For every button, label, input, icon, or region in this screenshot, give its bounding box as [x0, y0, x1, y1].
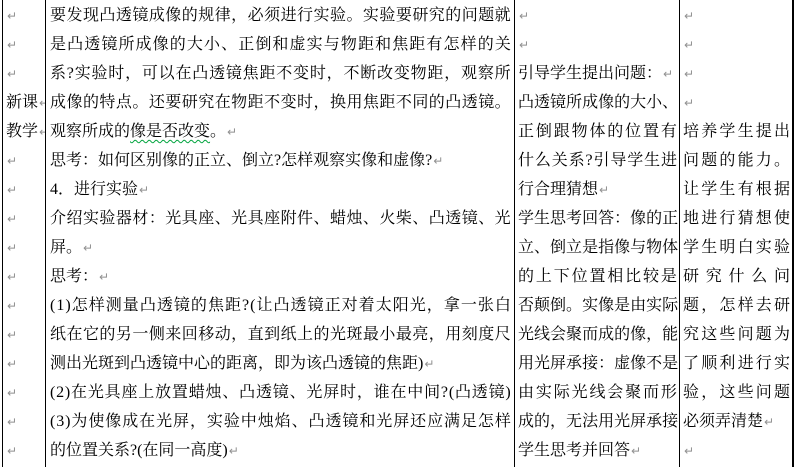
paragraph-mark-icon: ↵ — [7, 415, 17, 429]
char: 问 — [462, 1, 478, 30]
char: 会 — [550, 320, 566, 349]
teacher-guidance-line: 正倒跟物体的位置有 — [518, 117, 677, 146]
char: 件 — [297, 204, 313, 233]
char: 正 — [238, 30, 254, 59]
char: 张 — [478, 291, 494, 320]
char: 要 — [165, 88, 181, 117]
paragraph-mark-icon: ↵ — [7, 212, 17, 226]
teacher-guidance-line: 学生思考回答：像的正 — [518, 204, 677, 233]
design-intent-line: ↵ — [683, 30, 790, 59]
stage-line: ↵ — [6, 59, 45, 88]
char: 引 — [593, 146, 609, 175]
char: 规 — [198, 1, 214, 30]
paragraph-mark-icon: ↵ — [764, 415, 774, 429]
char: 问 — [774, 262, 790, 291]
char: 养 — [701, 117, 717, 146]
char: 在 — [139, 407, 155, 436]
char: 焰 — [275, 407, 291, 436]
char: 、 — [222, 378, 238, 407]
char: 而 — [582, 320, 598, 349]
paragraph-mark-icon: ↵ — [39, 125, 46, 139]
char: ( — [50, 291, 55, 320]
char: 凸 — [67, 30, 83, 59]
char: 否 — [518, 291, 534, 320]
char: 答 — [598, 204, 614, 233]
char: 为 — [71, 407, 87, 436]
char: 镜 — [226, 59, 242, 88]
char: 镜 — [174, 291, 190, 320]
char: 不 — [264, 88, 280, 117]
char: 实 — [314, 1, 330, 30]
char: 能 — [738, 146, 754, 175]
stage-line: 新课↵ — [6, 88, 45, 117]
char: 动 — [215, 320, 231, 349]
column-teaching-content: 要发现凸透镜成像的规律，必须进行实验。实验要研究的问题就是凸透镜所成像的大小、正… — [46, 0, 515, 467]
char: 蜡 — [189, 378, 205, 407]
char: 的 — [614, 320, 630, 349]
char: ： — [149, 204, 165, 233]
char: 验 — [330, 1, 346, 30]
stage-line: ↵ — [6, 291, 45, 320]
char: 成 — [149, 1, 165, 30]
char: 光 — [495, 204, 511, 233]
text-run: 的位置关系?(在同一高度) — [50, 442, 228, 459]
char: 改 — [377, 59, 393, 88]
char: 火 — [379, 204, 395, 233]
char: 力 — [756, 146, 772, 175]
char: 变 — [281, 88, 297, 117]
design-intent-line: 让学生有根据 — [683, 175, 790, 204]
char: 换 — [330, 88, 346, 117]
char: 而 — [643, 378, 659, 407]
char: 度 — [478, 320, 494, 349]
char: 还 — [149, 88, 165, 117]
stage-line: ↵ — [6, 349, 45, 378]
char: 光 — [572, 378, 588, 407]
char: 具 — [182, 204, 198, 233]
char: 这 — [701, 320, 717, 349]
char: 为 — [774, 320, 790, 349]
char: 所 — [566, 88, 582, 117]
char: 用 — [445, 320, 461, 349]
char: ( — [449, 378, 454, 407]
teacher-guidance-line: 凸透镜所成像的大小、 — [518, 88, 677, 117]
char: 实 — [75, 59, 91, 88]
stage-line: ↵ — [6, 146, 45, 175]
char: 焦 — [363, 88, 379, 117]
char: 凸 — [309, 407, 325, 436]
char: 光 — [534, 349, 550, 378]
char: 直 — [248, 320, 264, 349]
paragraph-mark-icon: ↵ — [7, 154, 17, 168]
teacher-guidance-line: 行合理猜想↵ — [518, 175, 677, 204]
char: 实 — [582, 291, 598, 320]
teacher-guidance-line: 由实际光线会聚而形 — [518, 378, 677, 407]
char: 1 — [56, 291, 64, 320]
char: 足 — [461, 407, 477, 436]
char: 介 — [50, 204, 66, 233]
char: 物 — [572, 117, 588, 146]
stage-line: ↵ — [6, 262, 45, 291]
char: 拿 — [444, 291, 460, 320]
char: 学 — [719, 117, 735, 146]
char: ， — [550, 407, 566, 436]
char: 蜡 — [330, 204, 346, 233]
char: 颠 — [534, 291, 550, 320]
char: 学 — [683, 233, 699, 262]
design-intent-line: 题，怎样去研 — [683, 291, 790, 320]
char: 小 — [646, 88, 662, 117]
char: 一 — [461, 291, 477, 320]
char: 。 — [132, 88, 148, 117]
char: 实 — [774, 349, 790, 378]
char: 焦 — [208, 291, 224, 320]
char: ， — [125, 59, 141, 88]
paragraph-mark-icon: ↵ — [684, 67, 694, 81]
char: 聚 — [566, 320, 582, 349]
char: 问 — [738, 320, 754, 349]
char: 些 — [738, 378, 754, 407]
char: 、 — [534, 233, 550, 262]
text-run: 学生思考并回答 — [518, 442, 630, 459]
char: 透 — [472, 378, 488, 407]
char: 用 — [598, 407, 614, 436]
char: 时 — [310, 59, 326, 88]
char: 凸 — [99, 1, 115, 30]
char: 考 — [566, 204, 582, 233]
char: ) — [65, 378, 70, 407]
char: 下 — [554, 262, 570, 291]
char: ? — [441, 378, 448, 407]
char: 一 — [132, 320, 148, 349]
paragraph-mark-icon: ↵ — [7, 183, 17, 197]
char: 实 — [536, 378, 552, 407]
char: 的 — [478, 30, 494, 59]
char: 3 — [56, 407, 64, 436]
char: 和 — [375, 30, 391, 59]
lesson-plan-table: ↵↵↵新课↵教学↵↵↵↵↵↵↵↵↵↵↵↵ 要发现凸透镜成像的规律，必须进行实验。… — [0, 0, 794, 467]
stage-line: ↵ — [6, 1, 45, 30]
char: ， — [231, 320, 247, 349]
paragraph-mark-icon: ↵ — [519, 38, 529, 52]
char: 物 — [411, 59, 427, 88]
char: 特 — [99, 88, 115, 117]
char: 距 — [427, 59, 443, 88]
design-intent-line: 了顺利进行实 — [683, 349, 790, 378]
char: 用 — [346, 88, 362, 117]
char: ， — [427, 291, 443, 320]
char: 所 — [495, 59, 511, 88]
char: 不 — [276, 59, 292, 88]
design-intent-line: ↵ — [683, 88, 790, 117]
stage-line: ↵ — [6, 378, 45, 407]
char: 会 — [607, 378, 623, 407]
char: 放 — [155, 378, 171, 407]
char: 来 — [165, 320, 181, 349]
char: 满 — [444, 407, 460, 436]
char: 像 — [165, 1, 181, 30]
char: 绍 — [66, 204, 82, 233]
char: 回 — [582, 204, 598, 233]
char: 焦 — [243, 59, 259, 88]
char: 凸 — [274, 291, 290, 320]
paragraph-mark-icon: ↵ — [229, 444, 239, 458]
char: 可 — [142, 59, 158, 88]
char: 有 — [426, 30, 442, 59]
char: 的 — [99, 320, 115, 349]
char: 凸 — [445, 88, 461, 117]
char: 同 — [412, 88, 428, 117]
char: 题 — [478, 1, 494, 30]
char: 最 — [396, 320, 412, 349]
char: 位 — [572, 262, 588, 291]
char: 尺 — [495, 320, 511, 349]
char: 和 — [359, 407, 375, 436]
char: 究 — [429, 1, 445, 30]
char: 验 — [99, 204, 115, 233]
content-line: 系?实验时，可以在凸透镜焦距不变时，不断改变物距，观察所 — [50, 59, 511, 88]
char: 、 — [221, 30, 237, 59]
char: 变 — [293, 59, 309, 88]
char: 接 — [662, 407, 678, 436]
char: 关 — [495, 30, 511, 59]
char: 了 — [683, 349, 699, 378]
char: 、 — [412, 204, 428, 233]
char: ? — [586, 146, 593, 175]
char: 点 — [116, 88, 132, 117]
char: 比 — [625, 262, 641, 291]
char: 以 — [159, 59, 175, 88]
char: ： — [598, 349, 614, 378]
char: 透 — [445, 204, 461, 233]
paragraph-mark-icon: ↵ — [7, 357, 17, 371]
teacher-guidance-line: 否颠倒。实像是由实际 — [518, 291, 677, 320]
char: 间 — [424, 378, 440, 407]
paragraph-mark-icon: ↵ — [139, 183, 149, 197]
char: 题 — [774, 378, 790, 407]
char: 与 — [630, 233, 646, 262]
design-intent-line: 问题的能力。 — [683, 146, 790, 175]
char: 屏 — [173, 407, 189, 436]
char: 能 — [662, 320, 678, 349]
stage-line: ↵ — [6, 436, 45, 465]
char: ， — [701, 291, 717, 320]
char: 变 — [394, 59, 410, 88]
char: ? — [242, 291, 249, 320]
char: 倒 — [550, 233, 566, 262]
char: 屏 — [550, 349, 566, 378]
char: 它 — [83, 320, 99, 349]
char: 镜 — [132, 1, 148, 30]
char: 学 — [518, 204, 534, 233]
char: 验 — [224, 407, 240, 436]
char: 导 — [610, 146, 626, 175]
char: ， — [429, 320, 445, 349]
stage-line: ↵ — [6, 30, 45, 59]
char: 凸 — [192, 59, 208, 88]
char: 小 — [204, 30, 220, 59]
char: 在 — [175, 59, 191, 88]
char: 。 — [495, 88, 511, 117]
char: 验 — [683, 378, 699, 407]
char: 镜 — [462, 204, 478, 233]
char: 进 — [738, 349, 754, 378]
char: 学 — [701, 175, 717, 204]
design-intent-line: 研究什么问 — [683, 262, 790, 291]
char: 研 — [182, 88, 198, 117]
char: 顺 — [701, 349, 717, 378]
char: 光 — [88, 378, 104, 407]
paragraph-mark-icon: ↵ — [599, 183, 609, 197]
char: 上 — [536, 262, 552, 291]
paragraph-mark-icon: ↵ — [7, 270, 17, 284]
char: 光 — [614, 407, 630, 436]
char: 成 — [122, 407, 138, 436]
char: 透 — [209, 59, 225, 88]
char: 的 — [534, 407, 550, 436]
content-line: 成像的特点。还要研究在物距不变时，换用焦距不同的凸透镜。 — [50, 88, 511, 117]
char: 的 — [719, 146, 735, 175]
char: 系 — [50, 59, 66, 88]
paragraph-mark-icon: ↵ — [519, 9, 529, 23]
char: ， — [190, 407, 206, 436]
char: ， — [314, 88, 330, 117]
char: ： — [614, 204, 630, 233]
design-intent-line: 究这些问题为 — [683, 320, 790, 349]
char: 现 — [83, 1, 99, 30]
char: ， — [646, 320, 662, 349]
char: 镜 — [308, 291, 324, 320]
char: 的 — [646, 204, 662, 233]
char: ， — [327, 59, 343, 88]
char: 律 — [215, 1, 231, 30]
char: 较 — [643, 262, 659, 291]
char: 进 — [661, 146, 677, 175]
char: 生 — [701, 233, 717, 262]
char: 最 — [363, 320, 379, 349]
char: 光 — [376, 407, 392, 436]
char: 立 — [566, 233, 582, 262]
char: 题 — [756, 320, 772, 349]
char: 凸 — [429, 204, 445, 233]
paragraph-mark-icon: ↵ — [39, 96, 46, 110]
char: 材 — [132, 204, 148, 233]
char: 到 — [264, 320, 280, 349]
text-run: 观察所成的 — [50, 123, 130, 140]
char: ( — [250, 291, 255, 320]
teacher-guidance-line: 什么关系?引导学生进 — [518, 146, 677, 175]
char: 样 — [495, 407, 511, 436]
text-run: 教学 — [6, 123, 38, 140]
paragraph-mark-icon: ↵ — [7, 9, 17, 23]
char: 烛 — [346, 204, 362, 233]
paragraph-mark-icon: ↵ — [684, 9, 694, 23]
char: 承 — [646, 407, 662, 436]
char: 。 — [774, 146, 790, 175]
char: 、 — [662, 88, 678, 117]
char: 白 — [495, 291, 511, 320]
teacher-guidance-line: ↵ — [518, 30, 677, 59]
char: 进 — [281, 1, 297, 30]
char: 另 — [116, 320, 132, 349]
char: 实 — [756, 233, 772, 262]
content-line: 纸在它的另一侧来回移动，直到纸上的光斑最小最亮，用刻度尺 — [50, 320, 511, 349]
char: 际 — [554, 378, 570, 407]
char: 学 — [627, 146, 643, 175]
stage-line: ↵ — [6, 204, 45, 233]
char: 烛 — [206, 378, 222, 407]
char: 中 — [407, 378, 423, 407]
content-line: 介绍实验器材：光具座、光具座附件、蜡烛、火柴、凸透镜、光 — [50, 204, 511, 233]
char: 体 — [589, 117, 605, 146]
char: 距 — [259, 59, 275, 88]
teacher-guidance-line: 成的，无法用光屏承接 — [518, 407, 677, 436]
char: 屏 — [630, 407, 646, 436]
char: 研 — [412, 1, 428, 30]
char: 凸 — [239, 378, 255, 407]
char: 距 — [379, 88, 395, 117]
char: 样 — [89, 291, 105, 320]
char: 据 — [774, 175, 790, 204]
teacher-guidance-line: 的上下位置相比较是 — [518, 262, 677, 291]
char: 样 — [738, 291, 754, 320]
design-intent-line: ↵ — [683, 436, 790, 465]
char: 正 — [662, 204, 678, 233]
content-line: (2)在光具座上放置蜡烛、凸透镜、光屏时，谁在中间?(凸透镜) — [50, 378, 511, 407]
char: 实 — [363, 1, 379, 30]
char: 光 — [231, 204, 247, 233]
char: ? — [67, 59, 74, 88]
char: 的 — [429, 88, 445, 117]
char: 的 — [445, 1, 461, 30]
char: 进 — [701, 204, 717, 233]
char: 关 — [552, 146, 568, 175]
char: 距 — [409, 30, 425, 59]
char: ) — [65, 291, 70, 320]
char: 。 — [566, 291, 582, 320]
char: 些 — [719, 320, 735, 349]
paragraph-mark-icon: ↵ — [7, 386, 17, 400]
char: 像 — [66, 88, 82, 117]
char: 生 — [738, 117, 754, 146]
char: 焦 — [392, 30, 408, 59]
char: 透 — [116, 1, 132, 30]
char: 大 — [630, 88, 646, 117]
char: 光 — [330, 320, 346, 349]
char: 在 — [71, 378, 87, 407]
char: 、 — [292, 407, 308, 436]
char: 想 — [756, 204, 772, 233]
char: 题 — [701, 146, 717, 175]
char: 无 — [566, 407, 582, 436]
char: 、 — [363, 204, 379, 233]
char: 的 — [314, 320, 330, 349]
char: 时 — [108, 59, 124, 88]
char: 白 — [738, 233, 754, 262]
char: 体 — [662, 233, 678, 262]
paragraph-mark-icon: ↵ — [424, 357, 434, 371]
content-line: (1)怎样测量凸透镜的焦距?(让凸透镜正对着太阳光，拿一张白 — [50, 291, 511, 320]
char: ， — [231, 1, 247, 30]
char: 烛 — [258, 407, 274, 436]
text-run: 思考： — [50, 268, 98, 285]
char: 在 — [390, 378, 406, 407]
char: 样 — [461, 30, 477, 59]
column-stage: ↵↵↵新课↵教学↵↵↵↵↵↵↵↵↵↵↵↵ — [2, 0, 46, 467]
char: 形 — [661, 378, 677, 407]
char: 系 — [569, 146, 585, 175]
char: 行 — [297, 1, 313, 30]
